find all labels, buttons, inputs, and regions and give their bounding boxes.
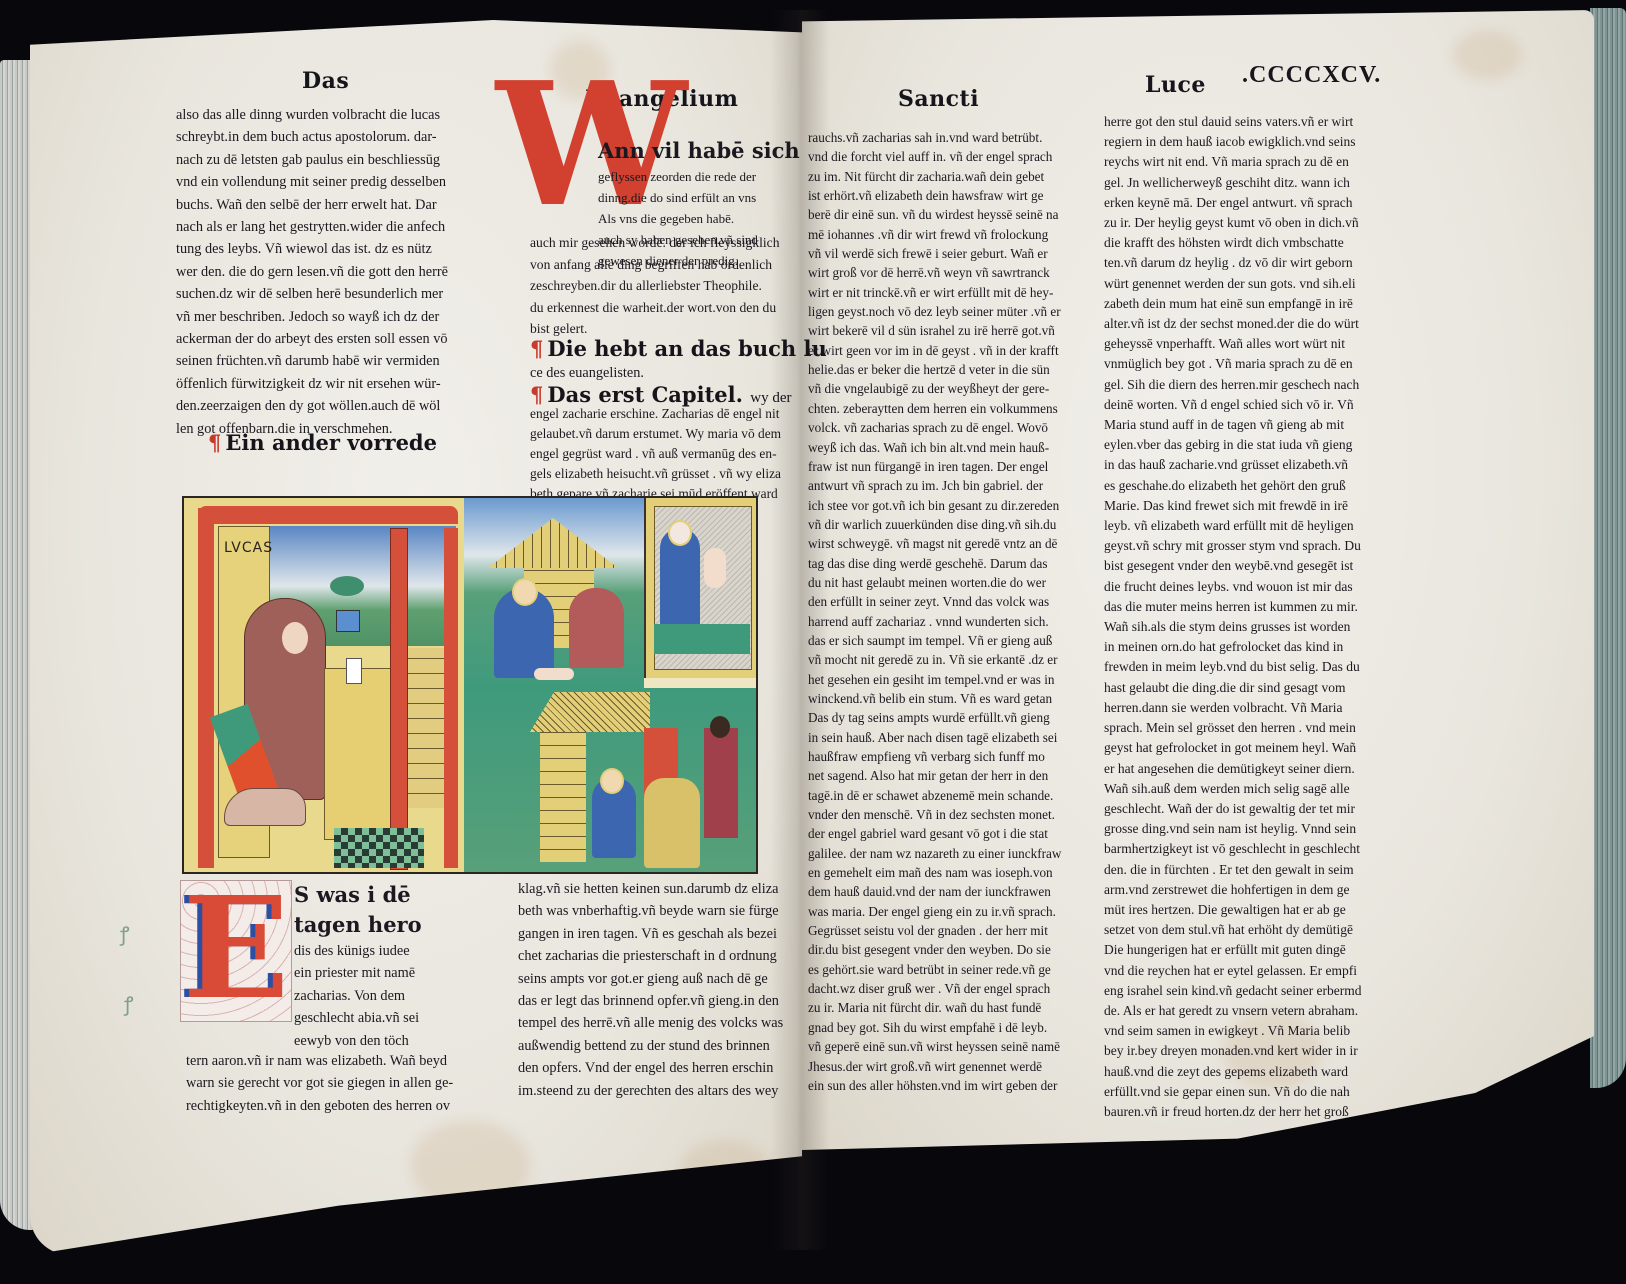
- text-line: geschlecht. Wañ der do ist gewaltig der …: [1104, 799, 1362, 819]
- flower-pot: [336, 610, 360, 632]
- text-line: eylen.vber das gebirg in die stat iuda v…: [1104, 435, 1362, 455]
- text-line: klag.vñ sie hetten keinen sun.darumb dz …: [518, 878, 783, 900]
- text-line: es geschahe.do elizabeth het gehört den …: [1104, 476, 1362, 496]
- right-running-head-1: Sancti: [898, 86, 979, 112]
- text-line: die frucht deines leybs. vnd wouon ist m…: [1104, 577, 1362, 597]
- text-line: du erkennest die warheit.der wort.von de…: [530, 297, 780, 319]
- text-line: müt ires hertzen. Die gewaltigen hat er …: [1104, 900, 1362, 920]
- text-line: ackerman der do arbeyt des ersten soll e…: [176, 328, 448, 350]
- text-line: ist erhört.vñ elizabeth dein hawsfraw wi…: [808, 186, 1061, 205]
- red-column: [390, 528, 408, 870]
- text-line: Maria stund auff in de tagen vñ gieng ab…: [1104, 415, 1362, 435]
- joseph-figure: [569, 588, 624, 668]
- folio-number: .CCCCXCV.: [1242, 62, 1381, 89]
- text-line: zacharias. Von dem: [294, 985, 419, 1007]
- christ-child: [534, 668, 574, 680]
- text-line: hast gelaubt die ding.die dir sind gesag…: [1104, 678, 1362, 698]
- text-line: winckend.vñ belib ein stum. Vñ es ward g…: [808, 689, 1061, 708]
- text-line: vnmüglich bey got . Vñ maria sprach zu d…: [1104, 354, 1362, 374]
- text-line: gnad bey got. Sih du wirst empfahē i dē …: [808, 1018, 1061, 1037]
- text-line: regiern in dem hauß iacob ewigklich.vnd …: [1104, 132, 1362, 152]
- text-line: en gemehelt eim mañ des nam was ioseph.v…: [808, 863, 1061, 882]
- text-line: bist gesegent vnder den weybē.vnd gesegē…: [1104, 556, 1362, 576]
- text-line: vñ vil werdē sich frewē i seier geburt. …: [808, 244, 1061, 263]
- pilcrow-icon: ¶: [530, 336, 543, 361]
- text-line: frewden in meim leyb.vnd du bist selig. …: [1104, 657, 1362, 677]
- text-line: vñ die vngelaubigē zu der weyßheyt der g…: [808, 379, 1061, 398]
- pilcrow-icon: ¶: [208, 430, 221, 455]
- text-line: das er sich saumpt im tempel. Vñ er gien…: [808, 631, 1061, 650]
- open-book: Das Euangelium Sancti Luce .CCCCXCV. als…: [0, 0, 1626, 1284]
- text-line: wirt groß vor dē herrē.vñ weyn vñ sawrtr…: [808, 263, 1061, 282]
- section-heading-buch-luce: ¶Die hebt an das buch lu: [530, 336, 827, 361]
- text-line: Das dy tag seins ampts wurdē erfüllt.vñ …: [808, 708, 1061, 727]
- text-line: tern aaron.vñ ir nam was elizabeth. Wañ …: [186, 1050, 453, 1072]
- text-line: Ann vil habē sich: [598, 140, 800, 162]
- text-line: gel. Jn wellicherweyß geschiht ditz. wan…: [1104, 173, 1362, 193]
- text-line: warn sie gerecht vor got sie giegen in a…: [186, 1072, 453, 1094]
- heading-text: Die hebt an das buch lu: [547, 336, 826, 361]
- text-line: erken keynē mā. Der engel antwurt. vñ sp…: [1104, 193, 1362, 213]
- text-line: vnd ein vollendung mit seiner predig des…: [176, 171, 448, 193]
- text-line: eng israhel sein kind.vñ gedacht seiner …: [1104, 981, 1362, 1001]
- text-line: suchen.dz wir dē selben herē besunderlic…: [176, 283, 448, 305]
- woodcut-panel-bathing: [644, 498, 758, 678]
- text-line: gangen in iren tagen. Vñ es geschah als …: [518, 923, 783, 945]
- text-line: geyst.vñ schry mit grosser stym vnd spra…: [1104, 536, 1362, 556]
- text-line: vnd seim samen in ewigkeyt . Vñ Maria be…: [1104, 1021, 1362, 1041]
- text-line: zu im. Nit fürcht dir zacharia.wañ dein …: [808, 167, 1061, 186]
- text-line: tag das dise ding werdē geschehē. Darum …: [808, 554, 1061, 573]
- text-line: fraw ist nun fürgangē in iren tagen. Der…: [808, 457, 1061, 476]
- text-line: zabeth dein mum hat einē sun empfangē in…: [1104, 294, 1362, 314]
- text-line: Jhesus.der wirt groß.vñ wirt genennet we…: [808, 1057, 1061, 1076]
- text-line: ligen geyst.noch vō dez leyb seiner müte…: [808, 302, 1061, 321]
- text-line: engel gegrüst ward . vñ auß vermanūg des…: [530, 444, 781, 464]
- text-line: er hat angesehen die demütigkeyt seiner …: [1104, 759, 1362, 779]
- section-heading-ein-ander-vorrede: ¶Ein ander vorrede: [208, 430, 437, 455]
- text-line: chten. zeberaytten dem herren ein volkum…: [808, 399, 1061, 418]
- text-line: dem hauß dauid.vnd der nam der iunckfraw…: [808, 882, 1061, 901]
- text-line: in sein hauß. Aber nach disen tagē eliza…: [808, 728, 1061, 747]
- text-line: hauß.vnd die zeyt des gepems elizabeth w…: [1104, 1062, 1362, 1082]
- text-line: wirt bekerē vil d sün israhel zu irē her…: [808, 321, 1061, 340]
- text-line: den opfers. Vnd der engel des herren ers…: [518, 1057, 783, 1079]
- text-line: bey ir.bey dreyen monaden.vnd kert wider…: [1104, 1041, 1362, 1061]
- text-line: er wirt geen vor im in dē geyst . vñ in …: [808, 341, 1061, 360]
- text-line: vñ mocht nit geredē zu in. Vñ sie erkant…: [808, 650, 1061, 669]
- text-line: mē iohannes .vñ dir wirt frewd vñ froloc…: [808, 225, 1061, 244]
- text-line: vñ dir warlich zuuerkünden dise ding.vñ …: [808, 515, 1061, 534]
- text-line: ein sun des aller höhsten.vnd im wirt ge…: [808, 1076, 1061, 1095]
- text-line: was maria. Der engel gieng ein zu ir.vñ …: [808, 902, 1061, 921]
- text-line: sprach. Mein sel grösset den herren . vn…: [1104, 718, 1362, 738]
- text-line: antwurt vñ sprach zu im. Jch bin gabriel…: [808, 476, 1061, 495]
- woodcut-panel-saint-luke: LVCAS: [184, 498, 464, 872]
- text-line: ein priester mit namē: [294, 962, 419, 984]
- text-line: galilee. der nam wz nazareth zu einer iu…: [808, 844, 1061, 863]
- marginal-flourish: ꝭ: [124, 990, 133, 1017]
- woodcut-panel-adoration-of-magi: [464, 688, 756, 872]
- woodcut-panel-nativity: [464, 498, 644, 688]
- text-line: Gegrüsset seistu vol der gnaden . der he…: [808, 921, 1061, 940]
- text-line: weyß ich das. Wañ ich bin alt.vnd mein h…: [808, 438, 1061, 457]
- text-line: wirst schweygē. vñ magst nit geredē vntz…: [808, 534, 1061, 553]
- text-line: herren.dann sie werden volbracht. Vñ Mar…: [1104, 698, 1362, 718]
- rubricated-initial-W: W: [496, 60, 586, 250]
- text-line: in meinen orn.do hat gefrolocket das kin…: [1104, 637, 1362, 657]
- text-line: seins ampts vor got.er gieng auß nach dē…: [518, 968, 783, 990]
- text-line: arm.vnd zerstrewet die hohfertigen in de…: [1104, 880, 1362, 900]
- winged-ox: [224, 788, 306, 826]
- heading-text: Ein ander vorrede: [225, 430, 437, 455]
- text-line: helie.das er beker die hertzē d veter in…: [808, 360, 1061, 379]
- text-line: erfüllt.vnd sie gepar einen sun. Vñ do d…: [1104, 1082, 1362, 1102]
- decorated-initial-E: E: [180, 880, 292, 1022]
- text-line: engel zacharie erschine. Zacharias dē en…: [530, 404, 781, 424]
- text-line: geschlecht abia.vñ sei: [294, 1007, 419, 1029]
- text-line: dir.du bist gesegent vnder den weyben. D…: [808, 940, 1061, 959]
- text-line: würt genennet werden der sun gots. vnd s…: [1104, 274, 1362, 294]
- text-line: gel. Sih die diern des herren.mir gesche…: [1104, 375, 1362, 395]
- text-line: vñ geperē einē sun.vñ wirst heyssen sein…: [808, 1037, 1061, 1056]
- initial-letter: E: [181, 869, 291, 1029]
- text-line: dacht.wz diser gruß wer . Vñ der engel s…: [808, 979, 1061, 998]
- text-line: gelaubet.vñ darum erstumet. Wy maria vō …: [530, 424, 781, 444]
- text-line: öffenlich fürwitzigkeit dz wir nit erseh…: [176, 373, 448, 395]
- right-col-2-text: herre got den stul dauid seins vaters.vñ…: [1104, 112, 1362, 1122]
- text-line: tung des leybs. Vñ wiewol das ist. dz es…: [176, 238, 448, 260]
- text-line: außwendig bettend zu der stund des brinn…: [518, 1035, 783, 1057]
- text-line: S was i dē: [294, 880, 422, 910]
- text-line: alter.vñ ist dz der sechst moned.der die…: [1104, 314, 1362, 334]
- text-line: im.steend zu der gerechten des altars de…: [518, 1080, 783, 1102]
- text-line: volck. vñ zacharias sprach zu dē engel. …: [808, 418, 1061, 437]
- left-col-2-first-line: Ann vil habē sich: [598, 140, 800, 162]
- text-line: bauren.vñ ir freud horten.dz der herr he…: [1104, 1102, 1362, 1122]
- text-line: beth was vnberhaftig.vñ beyde warn sie f…: [518, 900, 783, 922]
- text-line: von anfang alle ding begriffen hab örden…: [530, 254, 780, 276]
- text-line: Als vns die gegeben habē.: [598, 208, 758, 229]
- woodcut-label: LVCAS: [224, 540, 273, 556]
- text-line: vñ mer beschriben. Jedoch so wayß ich dz…: [176, 306, 448, 328]
- text-line: dinng.die do sind erfült an vns: [598, 187, 758, 208]
- right-fore-edge: [1590, 8, 1626, 1088]
- text-line: de. Als er hat geredt zu vnsern vetern a…: [1104, 1001, 1362, 1021]
- text-line: wirt er nit trinckē.vñ er wirt erfüllt m…: [808, 283, 1061, 302]
- right-col-1-text: rauchs.vñ zacharias sah in.vnd ward betr…: [808, 128, 1061, 1095]
- chapter-summary: engel zacharie erschine. Zacharias dē en…: [530, 404, 781, 504]
- text-line: rauchs.vñ zacharias sah in.vnd ward betr…: [808, 128, 1061, 147]
- left-col-1-text: also das alle dinng wurden volbracht die…: [176, 104, 448, 440]
- text-line: tagen hero: [294, 910, 422, 940]
- text-line: rechtigkeyten.vñ in den geboten des herr…: [186, 1095, 453, 1117]
- left-col-4-text: klag.vñ sie hetten keinen sun.darumb dz …: [518, 878, 783, 1102]
- left-col-3-text-full: tern aaron.vñ ir nam was elizabeth. Wañ …: [186, 1050, 453, 1117]
- text-line: vnder den menschē. Vñ in dez sechsten mo…: [808, 805, 1061, 824]
- text-line: seinen früchten.vñ darumb habē wir vermi…: [176, 350, 448, 372]
- text-line: barmhertzigkeyt ist vō geschlecht in ges…: [1104, 839, 1362, 859]
- text-line: schreybt.in dem buch actus apostolorum. …: [176, 126, 448, 148]
- text-line: leyb. vñ elizabeth ward erfüllt mit dē h…: [1104, 516, 1362, 536]
- text-line: zu ir. Maria nit fürcht dir. wañ du hast…: [808, 998, 1061, 1017]
- text-line: geyst hat gefrolocket in got meinem heyl…: [1104, 738, 1362, 758]
- text-line: zeschreyben.dir du allerliebster Theophi…: [530, 275, 780, 297]
- text-line: wer den. die do gern lesen.vñ die gott d…: [176, 261, 448, 283]
- text-line: den. die in fürchten . Er tet den gewalt…: [1104, 860, 1362, 880]
- text-line: der engel gabriel ward gesant vō got i d…: [808, 824, 1061, 843]
- text-line: es gehört.sie ward betrübt in seiner red…: [808, 960, 1061, 979]
- left-col-3-text: dis des künigs iudee ein priester mit na…: [294, 940, 419, 1052]
- text-line: Marie. Das kind frewet sich mit frewdē i…: [1104, 496, 1362, 516]
- text-line: reychs wirt nit end. Vñ maria sprach zu …: [1104, 152, 1362, 172]
- text-line: zu ir. Der heylig geyst kumt vō oben in …: [1104, 213, 1362, 233]
- text-line: chet zacharias die priesterschaft in d o…: [518, 945, 783, 967]
- left-running-head-1: Das: [302, 68, 349, 94]
- text-line: ich stee vor got.vñ ich bin gesant zu di…: [808, 496, 1061, 515]
- text-line: geheyssē vnperhafft. Wañ alles wort würt…: [1104, 334, 1362, 354]
- text-line: das er legt das brinnend opfer.vñ gieng.…: [518, 990, 783, 1012]
- text-line: nach zu dē letsten gab paulus ein beschl…: [176, 149, 448, 171]
- marginal-flourish: ꝭ: [120, 920, 129, 947]
- text-line: den.zeerzaigen den dy got wöllen.auch dē…: [176, 395, 448, 417]
- text-line: herre got den stul dauid seins vaters.vñ…: [1104, 112, 1362, 132]
- text-line: grosse ding.vnd sein nam ist heylig. Vnn…: [1104, 819, 1362, 839]
- text-line: buchs. Wañ den selbē der herr erwelt hat…: [176, 194, 448, 216]
- text-line: gels elizabeth heisucht.vñ grüsset . vñ …: [530, 464, 781, 484]
- left-col-2-text: auch mir gesehen wordē. der ich fleyssig…: [530, 232, 780, 340]
- hand-colored-woodcut: LVCAS: [182, 496, 758, 874]
- text-line: setzet von dem stul.vñ hat erhöht dy dem…: [1104, 920, 1362, 940]
- text-line: eewyb von den töch: [294, 1030, 419, 1052]
- text-line: net sagend. Also hat mir getan der herr …: [808, 766, 1061, 785]
- text-line: also das alle dinng wurden volbracht die…: [176, 104, 448, 126]
- text-line: in das hauß zacharie.vnd grüsset elizabe…: [1104, 455, 1362, 475]
- text-line: vnd die forcht viel auff in. vñ der enge…: [808, 147, 1061, 166]
- text-line: Wañ sih.auß dem werden mich selig sagē a…: [1104, 779, 1362, 799]
- text-line: haußfraw empfieng vñ verbarg sich funff …: [808, 747, 1061, 766]
- right-running-head-2: Luce: [1145, 72, 1206, 98]
- text-line: die krafft des höhsten wirdt dich vmbsch…: [1104, 233, 1362, 253]
- text-line: geflyssen zeorden die rede der: [598, 166, 758, 187]
- text-line: het gesehen ein gesiht im tempel.vnd er …: [808, 670, 1061, 689]
- left-col-3-first-lines: S was i dē tagen hero: [294, 880, 422, 940]
- text-line: tagē.in dē er schawet abzenemē mein scha…: [808, 786, 1061, 805]
- text-line: Die hungerigen hat er erfüllt mit guten …: [1104, 940, 1362, 960]
- text-line: ten.vñ darum dz heylig . dz vō dir wirt …: [1104, 253, 1362, 273]
- text-line: harrend auff zachariaz . vnnd wunderten …: [808, 612, 1061, 631]
- text-line: berē dir einē sun. vñ du wirdest heyssē …: [808, 205, 1061, 224]
- text-line: tempel des herrē.vñ alle menig des volck…: [518, 1012, 783, 1034]
- text-line: dis des künigs iudee: [294, 940, 419, 962]
- text-line: Wañ sih.als die stym deins grusses ist w…: [1104, 617, 1362, 637]
- text-line: du nit hast gelaubt meinen worten.die do…: [808, 573, 1061, 592]
- text-line: deinē worten. Vñ d engel schied sich vō …: [1104, 395, 1362, 415]
- text-line: vnd die reychen hat er eytel gelassen. E…: [1104, 961, 1362, 981]
- text-line: auch mir gesehen wordē. der ich fleyssig…: [530, 232, 780, 254]
- text-line: nach als er lang het gestrytten.wider di…: [176, 216, 448, 238]
- text-line: den erfüllt in seiner zeyt. Vnnd das vol…: [808, 592, 1061, 611]
- text-line: das die muter meins herren ist kummen zu…: [1104, 597, 1362, 617]
